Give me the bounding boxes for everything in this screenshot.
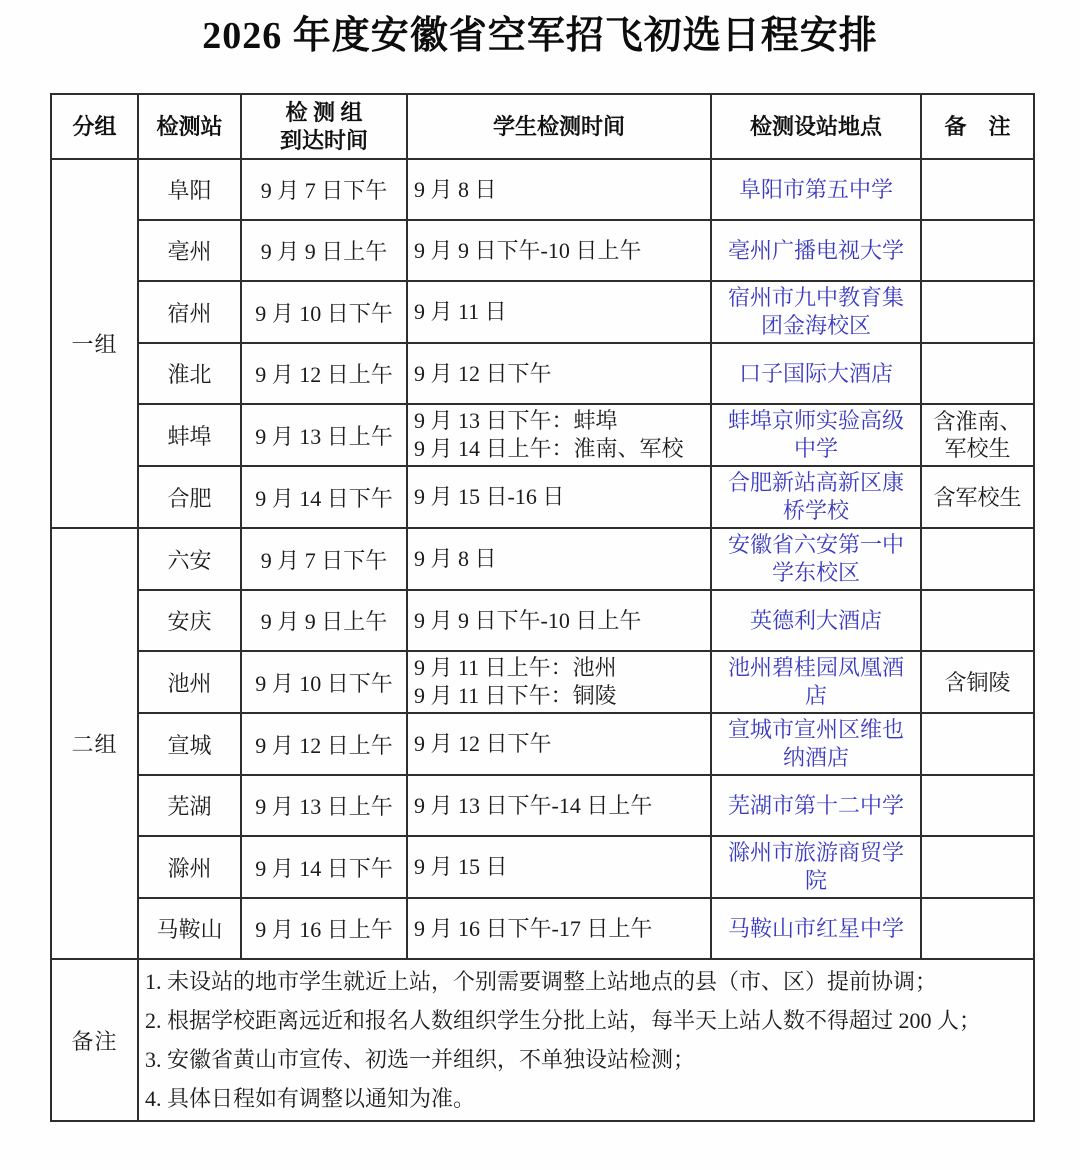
- schedule-row: 滁州9 月 14 日下午9 月 15 日滁州市旅游商贸学院: [51, 836, 1034, 898]
- remark-cell: [921, 713, 1034, 775]
- location-link-text: 阜阳市第五中学: [739, 177, 893, 202]
- header-location: 检测设站地点: [711, 94, 921, 159]
- header-remark: 备 注: [921, 94, 1034, 159]
- group-label-2: 二组: [51, 528, 138, 959]
- station-cell: 蚌埠: [138, 404, 241, 466]
- remark-cell: [921, 898, 1034, 959]
- station-cell: 安庆: [138, 590, 241, 651]
- location-link-text: 宣城市宣州区维也纳酒店: [728, 717, 904, 770]
- header-arrival-time: 检 测 组 到达时间: [241, 94, 407, 159]
- student-time-cell: 9 月 16 日下午-17 日上午: [407, 898, 711, 959]
- schedule-body: 一组阜阳9 月 7 日下午9 月 8 日阜阳市第五中学亳州9 月 9 日上午9 …: [51, 159, 1034, 1121]
- station-cell: 滁州: [138, 836, 241, 898]
- location-link-text: 口子国际大酒店: [739, 361, 893, 386]
- location-link-text: 宿州市九中教育集团金海校区: [728, 285, 904, 338]
- schedule-row: 芜湖9 月 13 日上午9 月 13 日下午-14 日上午芜湖市第十二中学: [51, 775, 1034, 836]
- location-link[interactable]: 安徽省六安第一中学东校区: [711, 528, 921, 590]
- student-time-cell: 9 月 8 日: [407, 528, 711, 590]
- arrival-time-cell: 9 月 10 日下午: [241, 651, 407, 713]
- schedule-row: 安庆9 月 9 日上午9 月 9 日下午-10 日上午英德利大酒店: [51, 590, 1034, 651]
- student-time-cell: 9 月 15 日-16 日: [407, 466, 711, 528]
- header-student-time: 学生检测时间: [407, 94, 711, 159]
- student-time-cell: 9 月 12 日下午: [407, 713, 711, 775]
- remark-cell: [921, 281, 1034, 343]
- station-cell: 六安: [138, 528, 241, 590]
- header-row: 分组 检测站 检 测 组 到达时间 学生检测时间 检测设站地点 备 注: [51, 94, 1034, 159]
- arrival-time-cell: 9 月 10 日下午: [241, 281, 407, 343]
- arrival-time-cell: 9 月 12 日上午: [241, 713, 407, 775]
- location-link-text: 亳州广播电视大学: [728, 238, 904, 263]
- location-link-text: 英德利大酒店: [750, 608, 882, 633]
- schedule-row: 一组阜阳9 月 7 日下午9 月 8 日阜阳市第五中学: [51, 159, 1034, 220]
- location-link-text: 池州碧桂园凤凰酒店: [728, 655, 904, 708]
- arrival-time-cell: 9 月 16 日上午: [241, 898, 407, 959]
- remark-cell: 含军校生: [921, 466, 1034, 528]
- schedule-table: 分组 检测站 检 测 组 到达时间 学生检测时间 检测设站地点 备 注 一组阜阳…: [50, 93, 1035, 1122]
- station-cell: 宿州: [138, 281, 241, 343]
- group-label-1: 一组: [51, 159, 138, 528]
- header-group: 分组: [51, 94, 138, 159]
- schedule-row: 马鞍山9 月 16 日上午9 月 16 日下午-17 日上午马鞍山市红星中学: [51, 898, 1034, 959]
- arrival-time-cell: 9 月 12 日上午: [241, 343, 407, 404]
- location-link[interactable]: 池州碧桂园凤凰酒店: [711, 651, 921, 713]
- schedule-row: 宣城9 月 12 日上午9 月 12 日下午宣城市宣州区维也纳酒店: [51, 713, 1034, 775]
- location-link-text: 安徽省六安第一中学东校区: [728, 532, 904, 585]
- location-link[interactable]: 合肥新站高新区康桥学校: [711, 466, 921, 528]
- arrival-time-cell: 9 月 7 日下午: [241, 159, 407, 220]
- location-link[interactable]: 阜阳市第五中学: [711, 159, 921, 220]
- location-link[interactable]: 口子国际大酒店: [711, 343, 921, 404]
- schedule-row: 二组六安9 月 7 日下午9 月 8 日安徽省六安第一中学东校区: [51, 528, 1034, 590]
- station-cell: 淮北: [138, 343, 241, 404]
- station-cell: 宣城: [138, 713, 241, 775]
- schedule-row: 淮北9 月 12 日上午9 月 12 日下午口子国际大酒店: [51, 343, 1034, 404]
- location-link-text: 滁州市旅游商贸学院: [728, 840, 904, 893]
- note-line: 3. 安徽省黄山市宣传、初选一并组织，不单独设站检测；: [145, 1040, 1027, 1079]
- station-cell: 阜阳: [138, 159, 241, 220]
- location-link-text: 蚌埠京师实验高级中学: [728, 408, 904, 461]
- station-cell: 合肥: [138, 466, 241, 528]
- page-title: 2026 年度安徽省空军招飞初选日程安排: [0, 10, 1080, 62]
- location-link[interactable]: 英德利大酒店: [711, 590, 921, 651]
- location-link[interactable]: 宣城市宣州区维也纳酒店: [711, 713, 921, 775]
- notes-label: 备注: [51, 959, 138, 1121]
- schedule-row: 合肥9 月 14 日下午9 月 15 日-16 日合肥新站高新区康桥学校含军校生: [51, 466, 1034, 528]
- remark-cell: [921, 220, 1034, 281]
- remark-cell: [921, 836, 1034, 898]
- location-link-text: 合肥新站高新区康桥学校: [728, 470, 904, 523]
- header-station: 检测站: [138, 94, 241, 159]
- station-cell: 池州: [138, 651, 241, 713]
- station-cell: 芜湖: [138, 775, 241, 836]
- student-time-cell: 9 月 9 日下午-10 日上午: [407, 590, 711, 651]
- student-time-cell: 9 月 11 日上午：池州 9 月 11 日下午：铜陵: [407, 651, 711, 713]
- location-link-text: 芜湖市第十二中学: [728, 793, 904, 818]
- remark-cell: [921, 528, 1034, 590]
- station-cell: 马鞍山: [138, 898, 241, 959]
- student-time-cell: 9 月 15 日: [407, 836, 711, 898]
- arrival-time-cell: 9 月 14 日下午: [241, 466, 407, 528]
- schedule-row: 亳州9 月 9 日上午9 月 9 日下午-10 日上午亳州广播电视大学: [51, 220, 1034, 281]
- arrival-time-cell: 9 月 14 日下午: [241, 836, 407, 898]
- remark-cell: 含淮南、军校生: [921, 404, 1034, 466]
- arrival-time-cell: 9 月 9 日上午: [241, 220, 407, 281]
- arrival-time-cell: 9 月 7 日下午: [241, 528, 407, 590]
- remark-cell: 含铜陵: [921, 651, 1034, 713]
- schedule-row: 宿州9 月 10 日下午9 月 11 日宿州市九中教育集团金海校区: [51, 281, 1034, 343]
- student-time-cell: 9 月 9 日下午-10 日上午: [407, 220, 711, 281]
- student-time-cell: 9 月 11 日: [407, 281, 711, 343]
- note-line: 4. 具体日程如有调整以通知为准。: [145, 1079, 1027, 1118]
- document-page: 2026 年度安徽省空军招飞初选日程安排 分组 检测站 检 测 组 到达时间 学…: [0, 0, 1080, 1170]
- location-link[interactable]: 芜湖市第十二中学: [711, 775, 921, 836]
- location-link[interactable]: 马鞍山市红星中学: [711, 898, 921, 959]
- note-line: 2. 根据学校距离远近和报名人数组织学生分批上站，每半天上站人数不得超过 200…: [145, 1001, 1027, 1040]
- location-link[interactable]: 宿州市九中教育集团金海校区: [711, 281, 921, 343]
- location-link[interactable]: 滁州市旅游商贸学院: [711, 836, 921, 898]
- remark-cell: [921, 590, 1034, 651]
- student-time-cell: 9 月 12 日下午: [407, 343, 711, 404]
- location-link-text: 马鞍山市红星中学: [728, 916, 904, 941]
- notes-content: 1. 未设站的地市学生就近上站，个别需要调整上站地点的县（市、区）提前协调；2.…: [138, 959, 1034, 1121]
- schedule-row: 池州9 月 10 日下午9 月 11 日上午：池州 9 月 11 日下午：铜陵池…: [51, 651, 1034, 713]
- station-cell: 亳州: [138, 220, 241, 281]
- schedule-row: 蚌埠9 月 13 日上午9 月 13 日下午：蚌埠 9 月 14 日上午：淮南、…: [51, 404, 1034, 466]
- note-line: 1. 未设站的地市学生就近上站，个别需要调整上站地点的县（市、区）提前协调；: [145, 962, 1027, 1001]
- student-time-cell: 9 月 8 日: [407, 159, 711, 220]
- remark-cell: [921, 775, 1034, 836]
- location-link[interactable]: 蚌埠京师实验高级中学: [711, 404, 921, 466]
- arrival-time-cell: 9 月 13 日上午: [241, 775, 407, 836]
- student-time-cell: 9 月 13 日下午：蚌埠 9 月 14 日上午：淮南、军校: [407, 404, 711, 466]
- student-time-cell: 9 月 13 日下午-14 日上午: [407, 775, 711, 836]
- location-link[interactable]: 亳州广播电视大学: [711, 220, 921, 281]
- arrival-time-cell: 9 月 13 日上午: [241, 404, 407, 466]
- notes-row: 备注1. 未设站的地市学生就近上站，个别需要调整上站地点的县（市、区）提前协调；…: [51, 959, 1034, 1121]
- remark-cell: [921, 343, 1034, 404]
- remark-cell: [921, 159, 1034, 220]
- arrival-time-cell: 9 月 9 日上午: [241, 590, 407, 651]
